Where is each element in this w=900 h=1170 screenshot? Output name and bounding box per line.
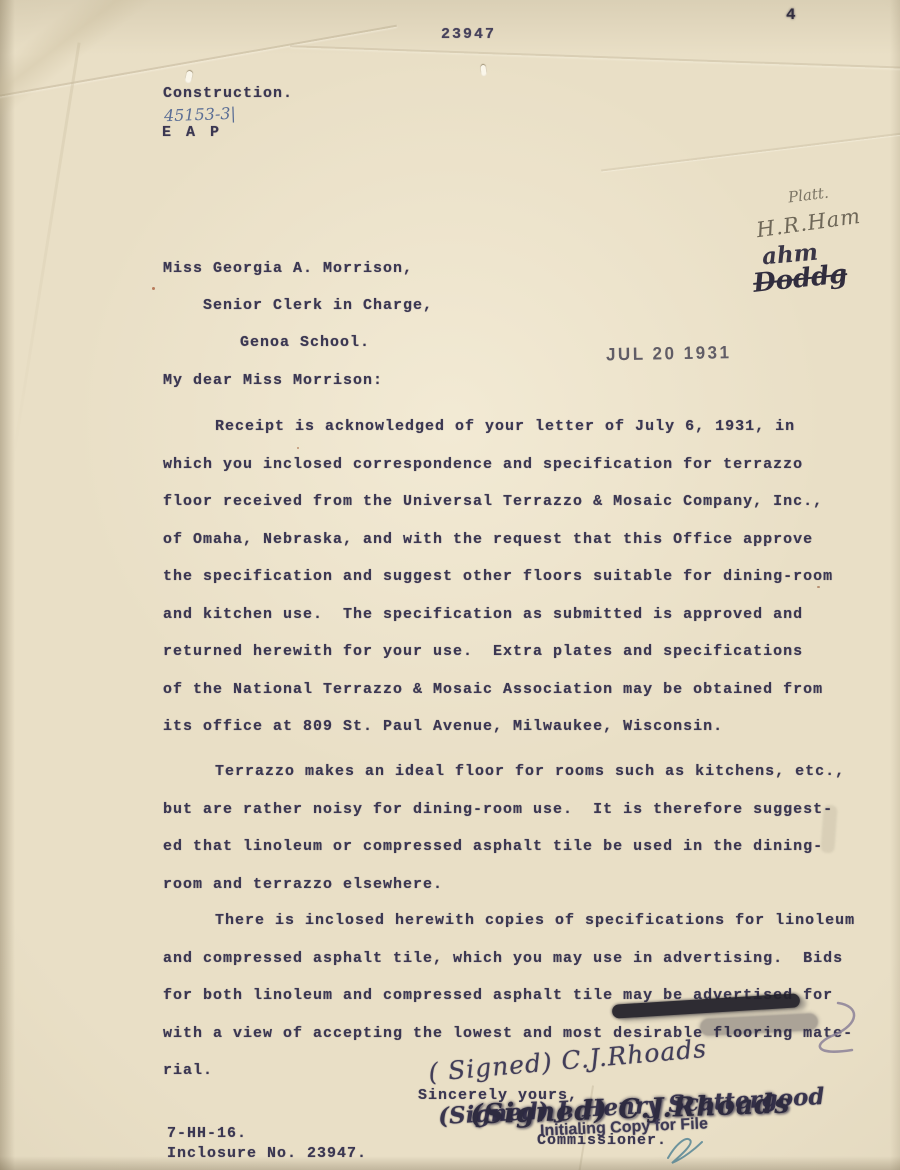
handwritten-initials-mark [668, 1139, 702, 1163]
crease-right-diagonal [601, 131, 900, 172]
page-number: 4 [786, 6, 797, 24]
typed-line: the specification and suggest other floo… [163, 558, 873, 596]
handwritten-file-number: 45153-3| [164, 104, 236, 125]
crease-left-vertical [10, 42, 80, 467]
reference-number: 7-HH-16. [167, 1125, 247, 1142]
typed-line: which you inclosed correspondence and sp… [163, 446, 873, 484]
body-paragraph-1: Receipt is acknowledged of your letter o… [163, 408, 873, 746]
typed-line: its office at 809 St. Paul Avenue, Milwa… [163, 708, 873, 746]
typist-initials: E A P [162, 124, 222, 141]
commissioner-title: Commissioner. [537, 1132, 667, 1149]
typed-line: but are rather noisy for dining-room use… [163, 791, 873, 829]
handwritten-name-platt: Platt. [787, 184, 830, 207]
paper-nick-right [480, 65, 486, 75]
paper-speck [152, 287, 155, 290]
address-line-2: Senior Clerk in Charge, [203, 297, 433, 314]
handwritten-name-hrham: H.R.Ham [755, 204, 863, 242]
typed-line: of Omaha, Nebraska, and with the request… [163, 521, 873, 559]
inclosure-line: Inclosure No. 23947. [167, 1145, 367, 1162]
subject-line: Construction. [163, 85, 293, 102]
date-received-stamp: JUL 20 1931 [606, 342, 732, 365]
typed-line: ed that linoleum or compressed asphalt t… [163, 828, 873, 866]
typed-line: and compressed asphalt tile, which you m… [163, 940, 873, 978]
crease-top-horizontal [290, 45, 900, 69]
typed-line: room and terrazzo elsewhere. [163, 866, 873, 904]
typed-line: of the National Terrazzo & Mosaic Associ… [163, 671, 873, 709]
typed-line: floor received from the Universal Terraz… [163, 483, 873, 521]
salutation: My dear Miss Morrison: [163, 372, 383, 389]
typed-line: and kitchen use. The specification as su… [163, 596, 873, 634]
document-number: 23947 [441, 26, 496, 43]
address-line-3: Genoa School. [240, 334, 370, 351]
address-line-1: Miss Georgia A. Morrison, [163, 260, 413, 277]
typed-line: returned herewith for your use. Extra pl… [163, 633, 873, 671]
paper-nick-left [185, 70, 193, 82]
letter-page: 23947 4 Construction. 45153-3| E A P Pla… [0, 0, 900, 1170]
typed-line: There is inclosed herewith copies of spe… [163, 902, 873, 940]
body-paragraph-2: Terrazzo makes an ideal floor for rooms … [163, 753, 873, 903]
typed-line: Receipt is acknowledged of your letter o… [163, 408, 873, 446]
typed-line: Terrazzo makes an ideal floor for rooms … [163, 753, 873, 791]
